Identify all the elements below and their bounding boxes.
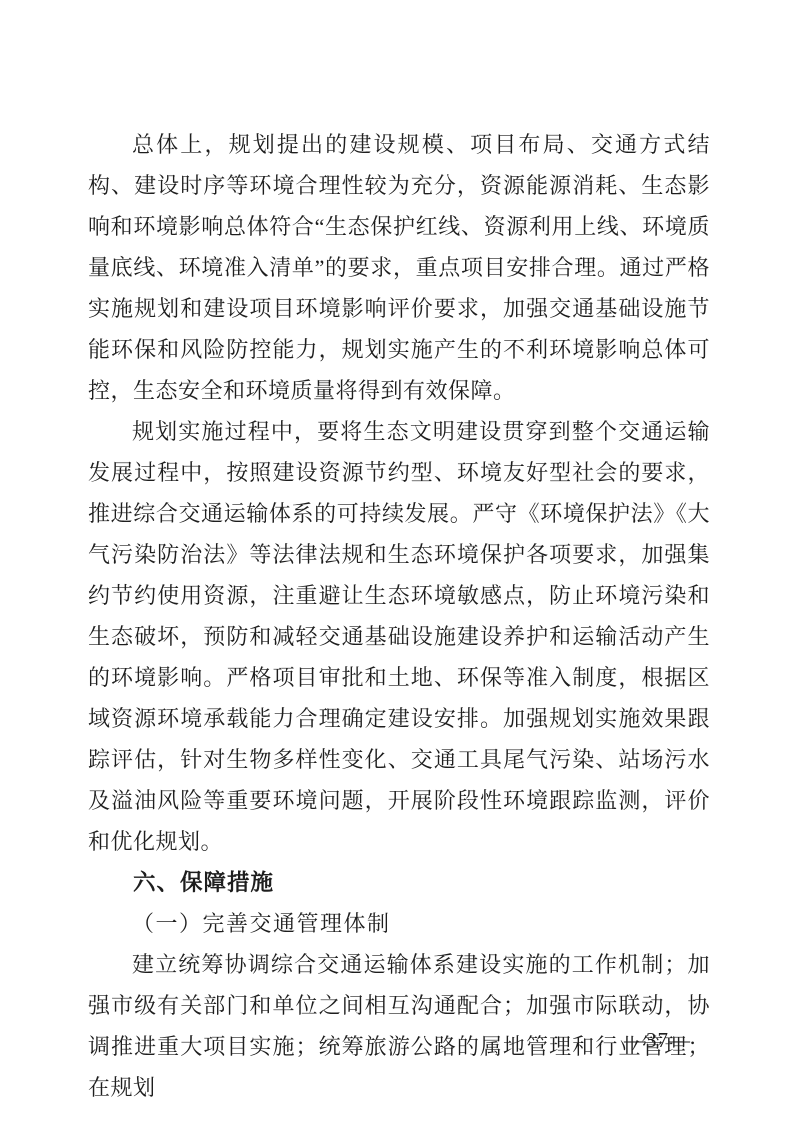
document-body: 总体上，规划提出的建设规模、项目布局、交通方式结构、建设时序等环境合理性较为充分… [88, 124, 710, 1108]
document-page: 总体上，规划提出的建设规模、项目布局、交通方式结构、建设时序等环境合理性较为充分… [0, 0, 793, 1122]
paragraph-implementation-requirements: 规划实施过程中，要将生态文明建设贯穿到整个交通运输发展过程中，按照建设资源节约型… [88, 411, 710, 862]
subsection-heading-transport-management: （一）完善交通管理体制 [88, 903, 710, 944]
section-heading-safeguard-measures: 六、保障措施 [88, 862, 710, 903]
paragraph-coordination-mechanism: 建立统筹协调综合交通运输体系建设实施的工作机制；加强市级有关部门和单位之间相互沟… [88, 944, 710, 1108]
paragraph-overall-assessment: 总体上，规划提出的建设规模、项目布局、交通方式结构、建设时序等环境合理性较为充分… [88, 124, 710, 411]
page-number: —37— [624, 1028, 691, 1053]
